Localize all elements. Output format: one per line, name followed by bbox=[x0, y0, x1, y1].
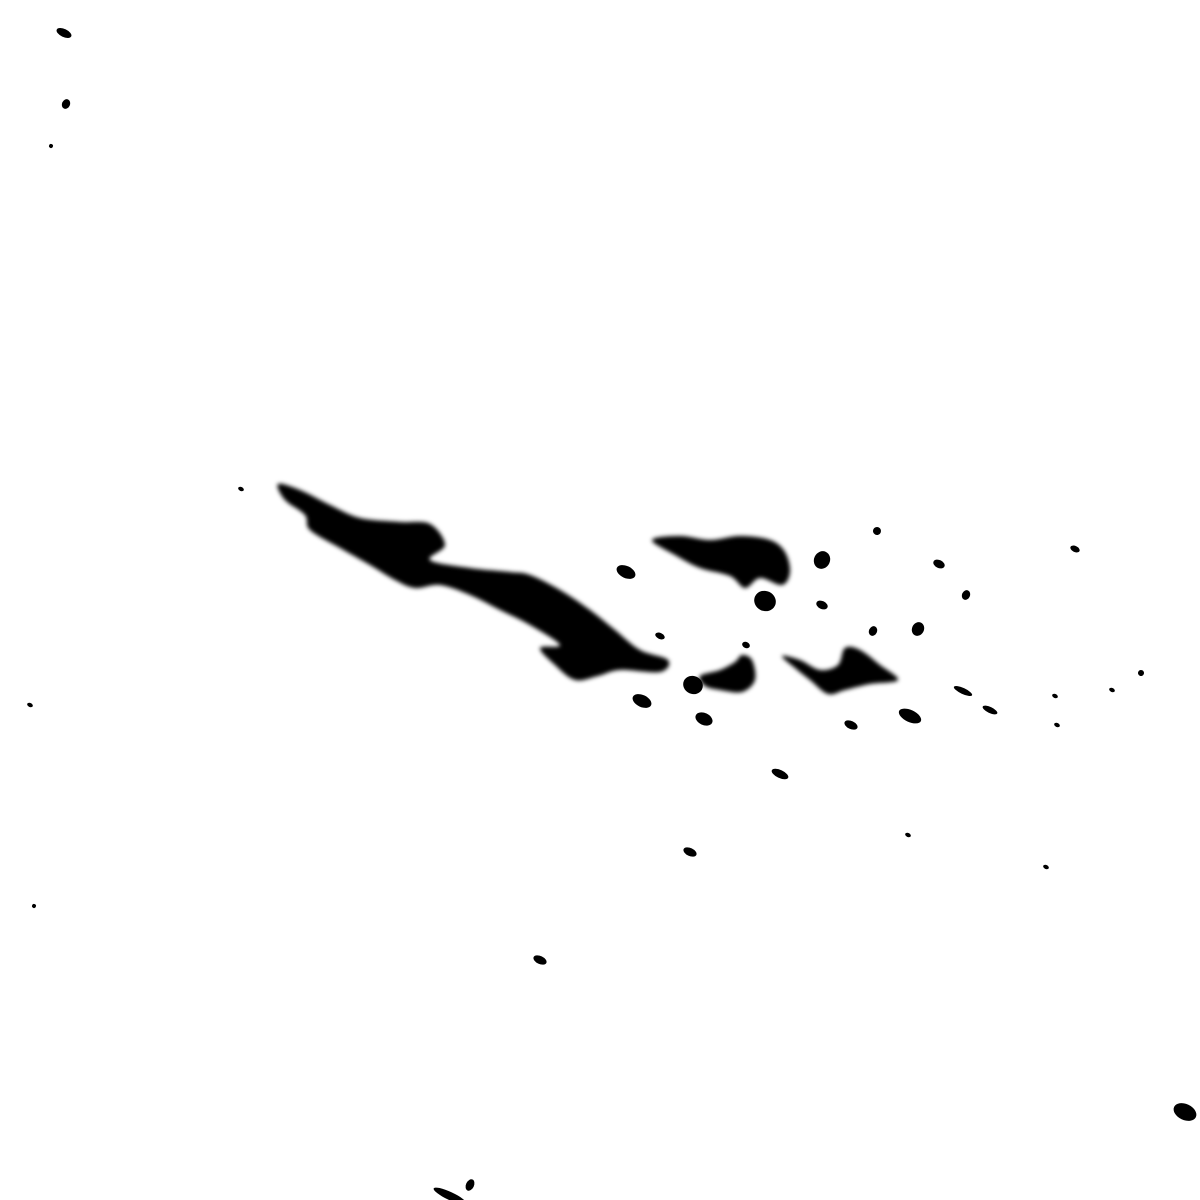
background bbox=[0, 0, 1200, 1200]
image-canvas bbox=[0, 0, 1200, 1200]
